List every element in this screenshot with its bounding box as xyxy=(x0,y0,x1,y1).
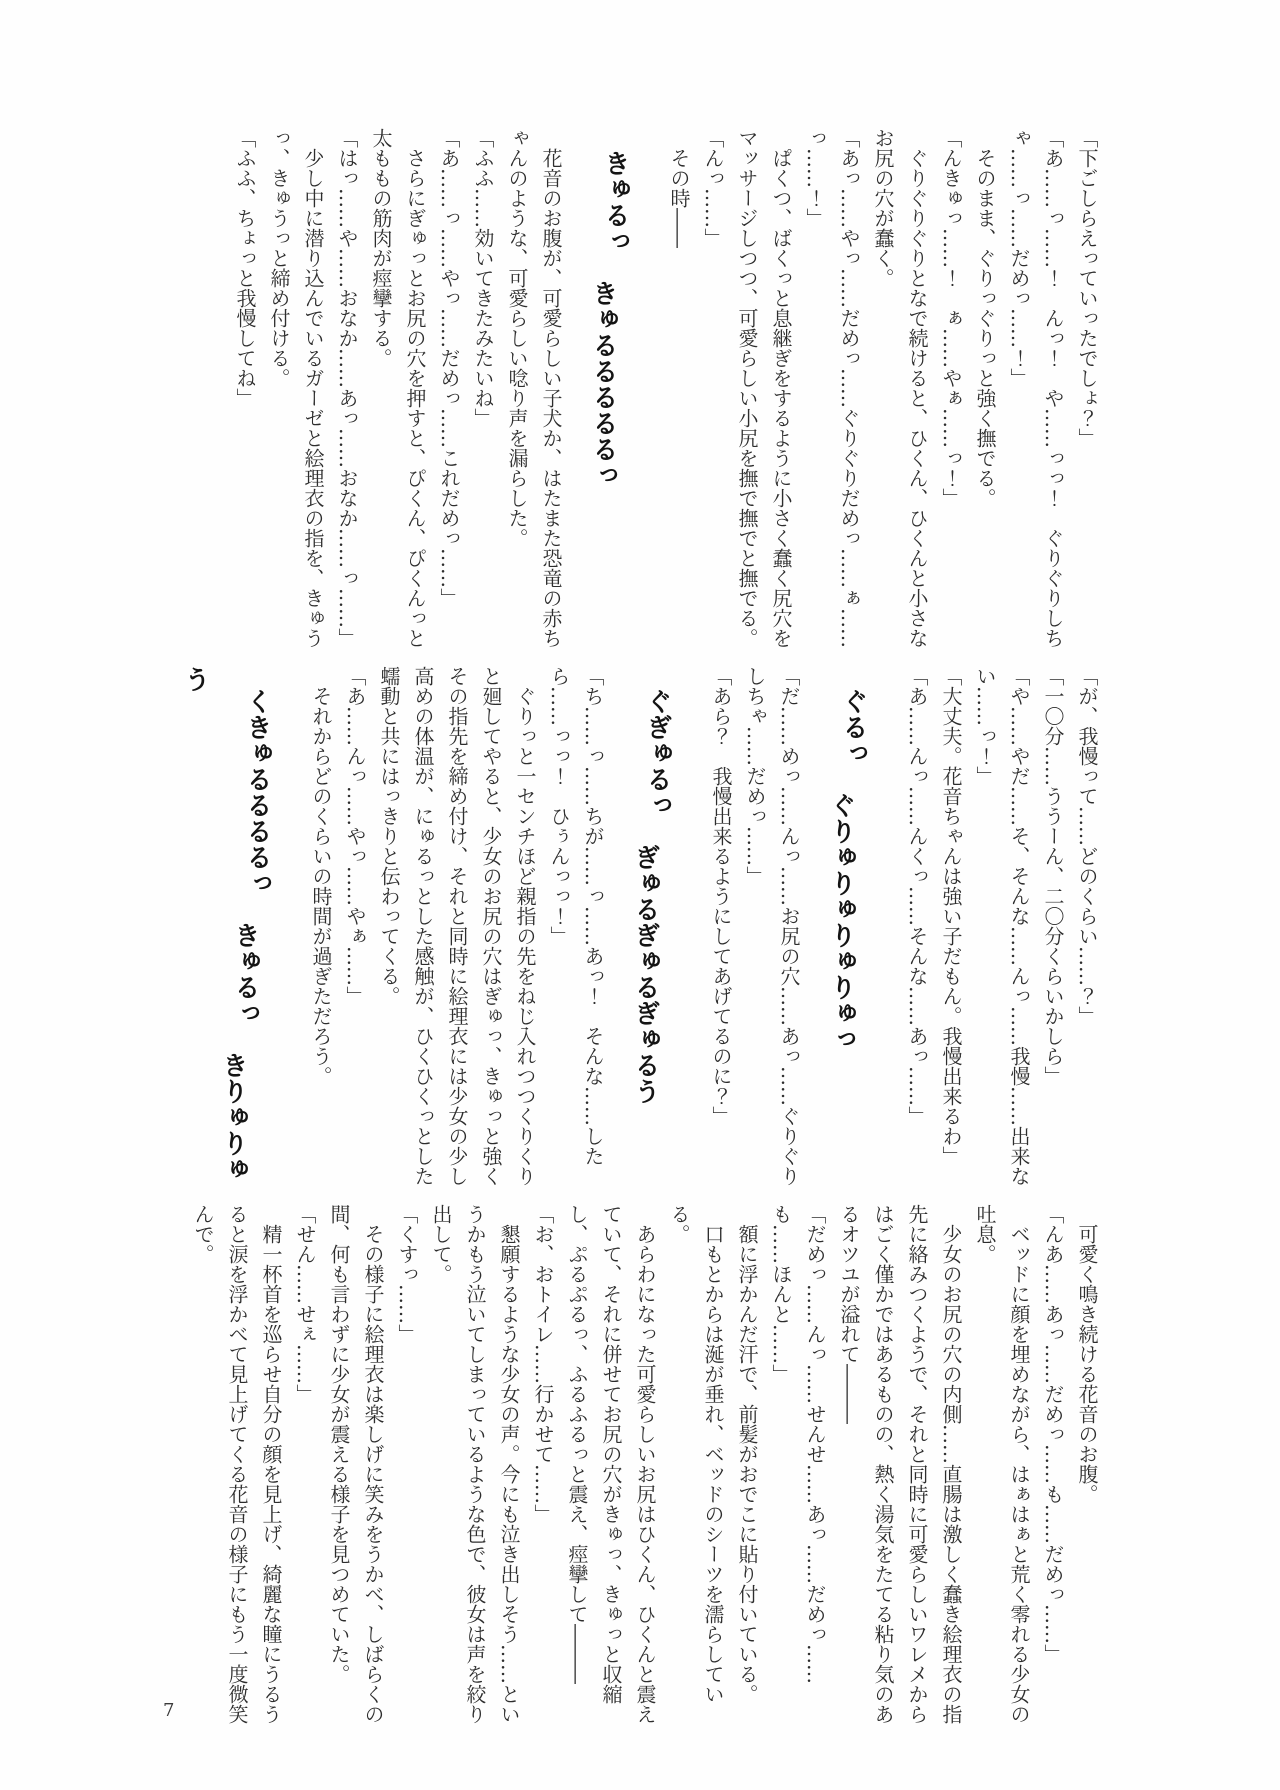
sfx-line: ぐるっ ぐりゅりゅりゅりゅっ xyxy=(834,666,872,1190)
sfx-text: ぎゅるぎゅるぎゅるう xyxy=(630,844,660,1104)
dialogue-line: 「ふふ……効いてきたみたいね」 xyxy=(466,128,500,652)
dialogue-line: 「や……やだ……そ、そんな……んっ……我慢……出来ない……っ！」 xyxy=(968,666,1036,1190)
text-band-middle: 「が、我慢って……どのくらい……？」「一〇分……ううーん、二〇分くらいかしら」「… xyxy=(142,666,1104,1190)
sfx-line: きゅるっ きゅるるるるるっ xyxy=(596,128,634,652)
narration-line: ぱくつ、ばくっと息継ぎをするように小さく蠢く尻穴をマッサージしつつ、可愛らしい小… xyxy=(730,128,798,652)
dialogue-line: 「お、おトイレ……行かせて……」 xyxy=(526,1204,560,1728)
dialogue-line: 「だ……めっ……んっ……お尻の穴……あっ……ぐりぐりしちゃ……だめっ……」 xyxy=(738,666,806,1190)
narration-line: 精一杯首を巡らせ自分の顔を見上げ、綺麗な瞳にうるうると涙を浮かべて見上げてくる花… xyxy=(186,1204,288,1728)
dialogue-line: 「ふふ、ちょっと我慢してね」 xyxy=(228,128,262,652)
dialogue-line: 「はっ……や……おなか……あっ……おなか……っ……」 xyxy=(330,128,364,652)
dialogue-line: 「んきゅっ……！ ぁ……やぁ……っ！」 xyxy=(934,128,968,652)
sfx-text: きゅるっ xyxy=(600,150,630,254)
dialogue-line: 「大丈夫。花音ちゃんは強い子だもん。我慢出来るわ」 xyxy=(934,666,968,1190)
narration-line: 可愛く鳴き続ける花音のお腹。 xyxy=(1070,1204,1104,1728)
sfx-text: きゅるっ xyxy=(230,922,260,1026)
dialogue-line: 「んっ……」 xyxy=(696,128,730,652)
text-band-bottom: 可愛く鳴き続ける花音のお腹。「んあ……あっ……だめっ……も……だめっ……」ベッド… xyxy=(142,1204,1104,1728)
narration-line: 花音のお腹が、可愛らしい子犬か、はたまた恐竜の赤ちゃんのような、可愛らしい唸り声… xyxy=(500,128,568,652)
dialogue-line: 「だめっ……んっ……せんせ……あっ……だめっ……も……ほんと……」 xyxy=(764,1204,832,1728)
narration-line: さらにぎゅっとお尻の穴を押すと、ぴくん、ぴくんっと太ももの筋肉が痙攣する。 xyxy=(364,128,432,652)
narration-line: 懇願するような少女の声。今にも泣き出しそう……というかもう泣いてしまっているよう… xyxy=(424,1204,526,1728)
narration-line: 少し中に潜り込んでいるガーゼと絵理衣の指を、きゅうっ、きゅうっと締め付ける。 xyxy=(262,128,330,652)
narration-line: 口もとからは涎が垂れ、ベッドのシーツを濡らしている。 xyxy=(662,1204,730,1728)
sfx-text: ぐぎゅるっ xyxy=(642,688,672,818)
sfx-text: ぐるっ xyxy=(838,688,868,766)
novel-page: 「下ごしらえっていったでしょ？」「あ……っ……！ んっ！ や……っっ！ ぐりぐり… xyxy=(0,0,1280,1790)
sfx-text: きゅるるるるるっ xyxy=(588,280,618,488)
sfx-text: ぐりゅりゅりゅりゅっ xyxy=(826,792,856,1052)
dialogue-line: 「せん……せぇ……」 xyxy=(288,1204,322,1728)
dialogue-line: 「くすっ……」 xyxy=(390,1204,424,1728)
dialogue-line: 「あら？ 我慢出来るようにしてあげてるのに？」 xyxy=(704,666,738,1190)
narration-line: あらわになった可愛らしいお尻はひくん、ひくんと震えていて、それに併せてお尻の穴が… xyxy=(560,1204,662,1728)
narration-line: その様子に絵理衣は楽しげに笑みをうかべ、しばらくの間、何も言わずに少女が震える様… xyxy=(322,1204,390,1728)
text-band-top: 「下ごしらえっていったでしょ？」「あ……っ……！ んっ！ や……っっ！ ぐりぐり… xyxy=(142,128,1104,652)
narration-line: それからどのくらいの時間が過ぎただろう。 xyxy=(304,666,338,1190)
narration-line: ベッドに顔を埋めながら、はぁはぁと荒く零れる少女の吐息。 xyxy=(968,1204,1036,1728)
sfx-text: くきゅるるるるっ xyxy=(242,688,272,896)
sfx-line: くきゅるるるるっ きゅるっ きりゅりゅう xyxy=(200,666,276,1190)
dialogue-line: 「あ……っ……！ んっ！ や……っっ！ ぐりぐりしちゃ……っ……だめっ……！」 xyxy=(1002,128,1070,652)
narration-line: 少女のお尻の穴の内側……直腸は激しく蠢き絵理衣の指先に絡みつくようで、それと同時… xyxy=(832,1204,968,1728)
dialogue-line: 「あ……んっ……んくっ……そんな……あっ……」 xyxy=(900,666,934,1190)
dialogue-line: 「ち……っ……ちが……っ……あっ！ そんな……したら……っっ！ ひぅんっっ！」 xyxy=(542,666,610,1190)
page-number: 7 xyxy=(163,1700,174,1721)
dialogue-line: 「が、我慢って……どのくらい……？」 xyxy=(1070,666,1104,1190)
narration-line: そのまま、ぐりっぐりっと強く撫でる。 xyxy=(968,128,1002,652)
narration-line: その時―― xyxy=(662,128,696,652)
dialogue-line: 「あ……っ……やっ……だめっ……これだめっ……」 xyxy=(432,128,466,652)
narration-line: 額に浮かんだ汗で、前髪がおでこに貼り付いている。 xyxy=(730,1204,764,1728)
dialogue-line: 「あっ……やっ……だめっ……ぐりぐりだめっ……ぁ……っ……！」 xyxy=(798,128,866,652)
narration-line: ぐりぐりぐりとなで続けると、ひくん、ひくんと小さなお尻の穴が蠢く。 xyxy=(866,128,934,652)
dialogue-line: 「んあ……あっ……だめっ……も……だめっ……」 xyxy=(1036,1204,1070,1728)
dialogue-line: 「あ……んっ……やっ……やぁ……」 xyxy=(338,666,372,1190)
dialogue-line: 「一〇分……ううーん、二〇分くらいかしら」 xyxy=(1036,666,1070,1190)
sfx-line: ぐぎゅるっ ぎゅるぎゅるぎゅるう xyxy=(638,666,676,1190)
dialogue-line: 「下ごしらえっていったでしょ？」 xyxy=(1070,128,1104,652)
narration-line: ぐりっと一センチほど親指の先をねじ入れつつくりくりと廻してやると、少女のお尻の穴… xyxy=(372,666,542,1190)
